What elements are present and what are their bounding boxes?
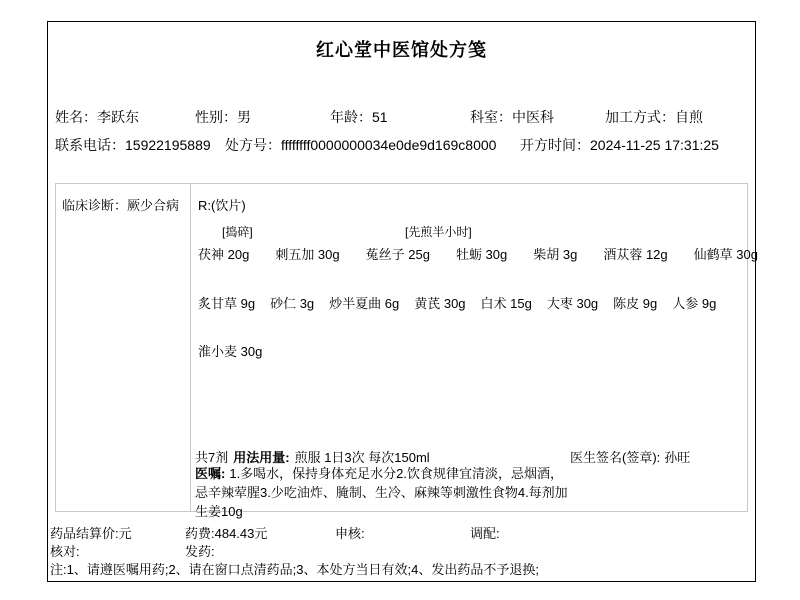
field-label: 开方时间： [520, 137, 590, 153]
herb-row: 淮小麦 30g [198, 341, 262, 360]
field-value: 李跃东 [97, 109, 139, 125]
diagnosis-label: 临床诊断： [62, 198, 127, 213]
process-label-predecoct: [先煎半小时] [405, 223, 472, 240]
footer-note: 注:1、请遵医嘱用药;2、请在窗口点清药品;3、本处方当日有效;4、发出药品不予… [50, 559, 539, 578]
field-value: 2024-11-25 17:31:25 [590, 137, 719, 153]
diagnosis-value: 厥少合病 [127, 198, 179, 213]
field-value: ffffffff0000000034e0de9d169c8000 [281, 137, 496, 153]
herb-item: 大枣 30g [547, 293, 598, 312]
herb-item: 牡蛎 30g [456, 244, 507, 263]
field-value: 男 [237, 109, 251, 125]
field-prescription-number: 处方号：ffffffff0000000034e0de9d169c8000 [225, 135, 496, 155]
advice-text: 1.多喝水，保持身体充足水分2.饮食规律宜清淡，忌烟酒，忌辛辣荤腥3.少吃油炸、… [195, 466, 568, 519]
field-age: 年龄：51 [330, 107, 388, 127]
herb-item: 菟丝子 25g [366, 244, 430, 263]
herb-item: 白术 15g [481, 293, 532, 312]
field-patient-name: 姓名：李跃东 [55, 107, 139, 127]
herb-item: 砂仁 3g [270, 293, 314, 312]
field-gender: 性别：男 [195, 107, 251, 127]
field-label: 科室： [470, 109, 512, 125]
herb-item: 炒半夏曲 6g [329, 293, 399, 312]
review-field: 申核: [335, 523, 365, 542]
herb-item: 淮小麦 30g [198, 341, 262, 360]
field-value: 51 [372, 109, 388, 125]
doctor-signature: 医生签名(签章):孙旺 [570, 447, 694, 466]
field-label: 加工方式： [605, 109, 675, 125]
herb-row: 炙甘草 9g砂仁 3g炒半夏曲 6g黄芪 30g白术 15g大枣 30g陈皮 9… [198, 293, 716, 312]
herb-item: 茯神 20g [198, 244, 249, 263]
rx-header: R:(饮片) [198, 195, 246, 214]
medical-advice: 医嘱:1.多喝水，保持身体充足水分2.饮食规律宜清淡，忌烟酒，忌辛辣荤腥3.少吃… [195, 464, 573, 521]
clinical-diagnosis: 临床诊断：厥少合病 [62, 195, 179, 214]
field-label: 处方号： [225, 137, 281, 153]
advice-label: 医嘱: [195, 466, 225, 481]
herb-item: 人参 9g [672, 293, 716, 312]
process-label-crush: [捣碎] [222, 223, 253, 240]
field-value: 中医科 [512, 109, 554, 125]
doctor-name: 孙旺 [664, 450, 690, 465]
field-phone: 联系电话：15922195889 [55, 135, 211, 155]
herb-item: 黄芪 30g [414, 293, 465, 312]
dispense-prepare-field: 调配: [470, 523, 500, 542]
settlement-price: 药品结算价:元 [50, 523, 132, 542]
herb-row: 茯神 20g刺五加 30g菟丝子 25g牡蛎 30g柴胡 3g酒苁蓉 12g仙鹤… [198, 244, 758, 263]
dose-count: 共7剂 [195, 450, 228, 465]
page-title: 红心堂中医馆处方笺 [48, 36, 755, 62]
herb-item: 酒苁蓉 12g [603, 244, 667, 263]
herb-item: 陈皮 9g [613, 293, 657, 312]
field-processing-method: 加工方式：自煎 [605, 107, 703, 127]
field-department: 科室：中医科 [470, 107, 554, 127]
herb-item: 刺五加 30g [275, 244, 339, 263]
medicine-fee: 药费:484.43元 [185, 523, 267, 542]
doctor-label: 医生签名(签章): [570, 450, 660, 465]
field-issue-time: 开方时间：2024-11-25 17:31:25 [520, 135, 719, 155]
check-field: 核对: [50, 541, 80, 560]
sheet-border: 红心堂中医馆处方笺 姓名：李跃东 性别：男 年龄：51 科室：中医科 加工方式：… [47, 21, 756, 582]
field-label: 年龄： [330, 109, 372, 125]
field-value: 15922195889 [125, 137, 211, 153]
field-value: 自煎 [675, 109, 703, 125]
diagnosis-divider [190, 183, 191, 512]
issue-field: 发药: [185, 541, 215, 560]
field-label: 性别： [195, 109, 237, 125]
usage-value: 煎服 1日3次 每次150ml [295, 450, 430, 465]
field-label: 联系电话： [55, 137, 125, 153]
herb-item: 炙甘草 9g [198, 293, 255, 312]
herb-item: 柴胡 3g [533, 244, 577, 263]
usage-label: 用法用量: [233, 450, 289, 465]
prescription-page: 红心堂中医馆处方笺 姓名：李跃东 性别：男 年龄：51 科室：中医科 加工方式：… [0, 0, 800, 600]
field-label: 姓名： [55, 109, 97, 125]
herb-item: 仙鹤草 30g [694, 244, 758, 263]
